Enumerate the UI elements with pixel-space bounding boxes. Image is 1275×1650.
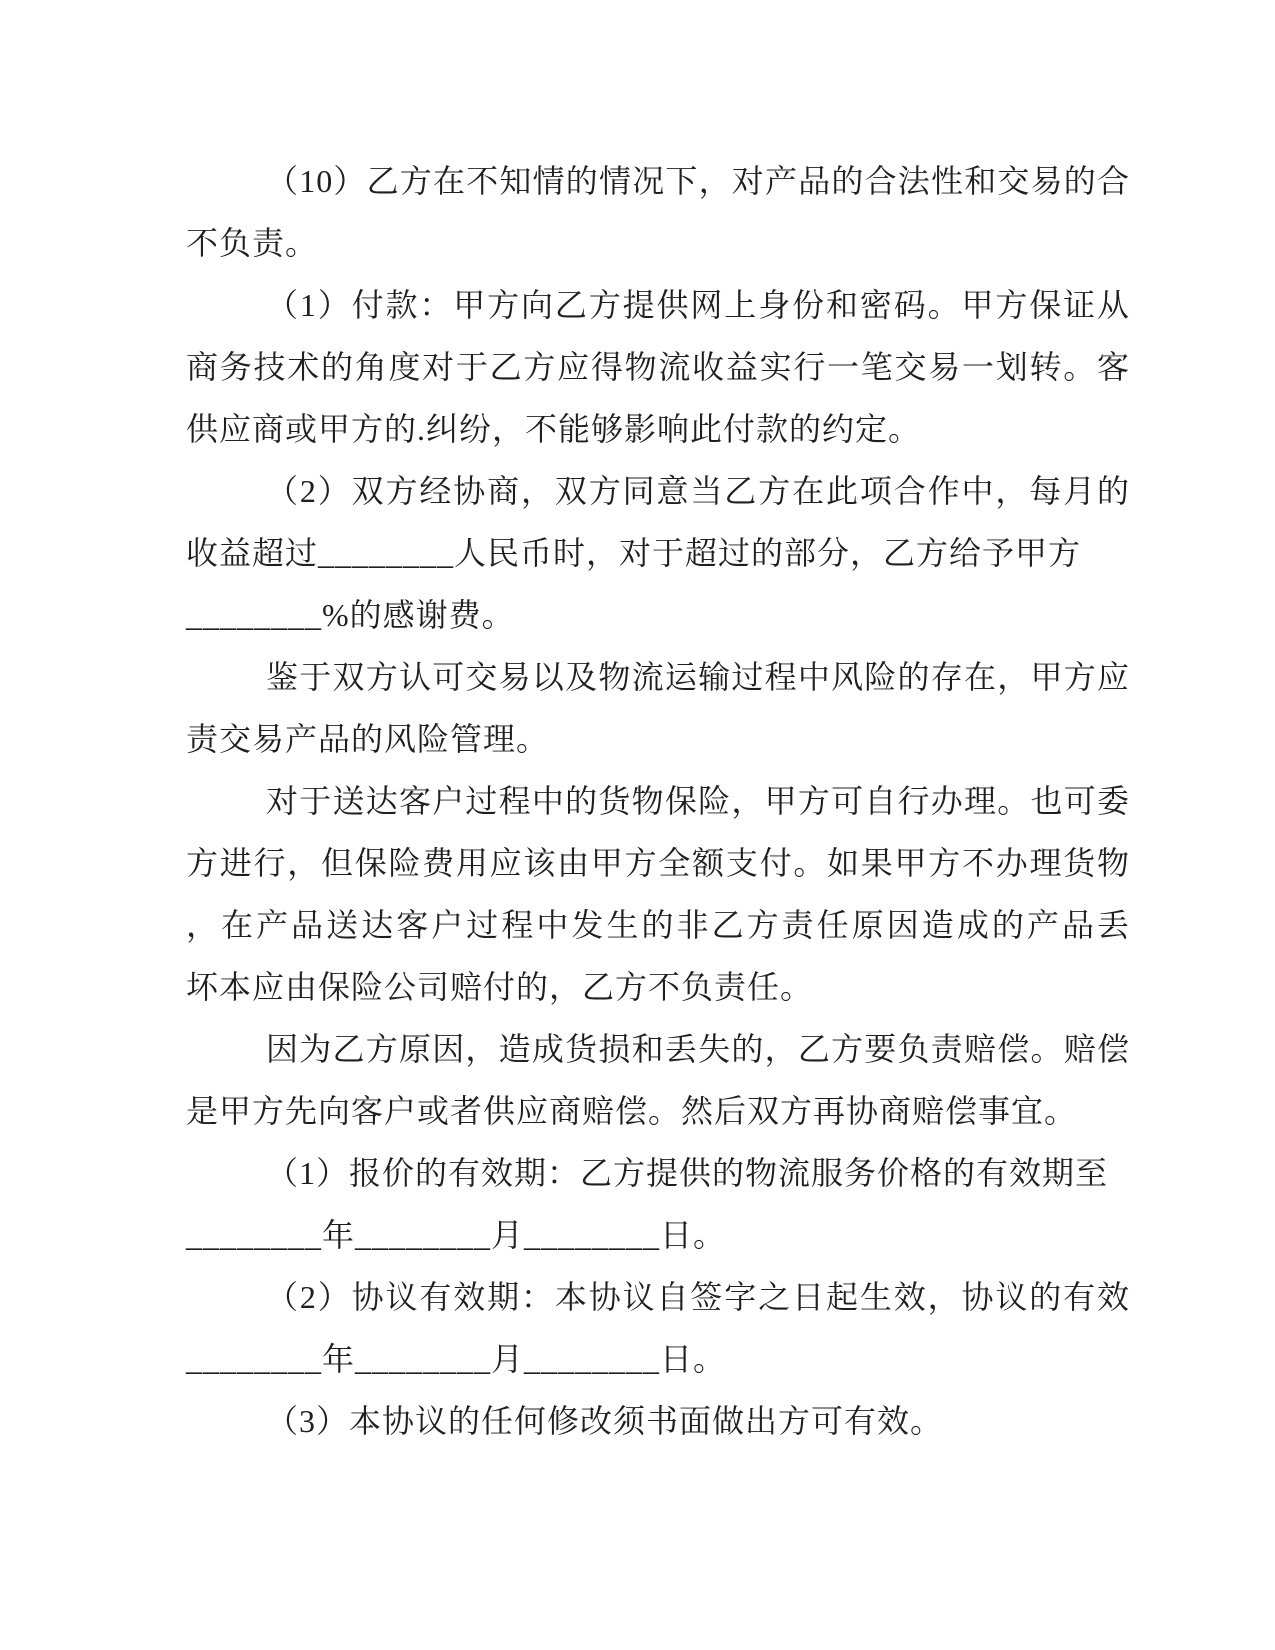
doc-line: 鉴于双方认可交易以及物流运输过程中风险的存在，甲方应该负 (186, 646, 1130, 708)
document-page: （10）乙方在不知情的情况下，对产品的合法性和交易的合法性 不负责。 （1）付款… (0, 0, 1275, 1650)
doc-line-with-blank: ________年________月________日。 (186, 1328, 1130, 1390)
doc-line: （1）报价的有效期：乙方提供的物流服务价格的有效期至 (186, 1142, 1130, 1204)
doc-line: 因为乙方原因，造成货损和丢失的，乙方要负责赔偿。赔偿方式 (186, 1018, 1130, 1080)
doc-line: 商务技术的角度对于乙方应得物流收益实行一笔交易一划转。客户与 (186, 336, 1130, 398)
doc-line-with-blank: ________%的感谢费。 (186, 584, 1130, 646)
doc-line-with-blank: ________年________月________日。 (186, 1204, 1130, 1266)
doc-line: （3）本协议的任何修改须书面做出方可有效。 (186, 1390, 1130, 1452)
doc-line: ，在产品送达客户过程中发生的非乙方责任原因造成的产品丢失、损 (186, 894, 1130, 956)
doc-line: 供应商或甲方的.纠纷，不能够影响此付款的约定。 (186, 398, 1130, 460)
document-body: （10）乙方在不知情的情况下，对产品的合法性和交易的合法性 不负责。 （1）付款… (186, 150, 1130, 1452)
doc-line: 是甲方先向客户或者供应商赔偿。然后双方再协商赔偿事宜。 (186, 1080, 1130, 1142)
doc-line: （1）付款：甲方向乙方提供网上身份和密码。甲方保证从电子 (186, 274, 1130, 336)
doc-line: 不负责。 (186, 212, 1130, 274)
doc-line: （10）乙方在不知情的情况下，对产品的合法性和交易的合法性 (186, 150, 1130, 212)
doc-line: （2）协议有效期：本协议自签字之日起生效，协议的有效期至 (186, 1266, 1130, 1328)
doc-line: 坏本应由保险公司赔付的，乙方不负责任。 (186, 956, 1130, 1018)
doc-line: （2）双方经协商，双方同意当乙方在此项合作中，每月的物流 (186, 460, 1130, 522)
doc-line: 责交易产品的风险管理。 (186, 708, 1130, 770)
doc-line: 对于送达客户过程中的货物保险，甲方可自行办理。也可委托乙 (186, 770, 1130, 832)
doc-line: 方进行，但保险费用应该由甲方全额支付。如果甲方不办理货物保险 (186, 832, 1130, 894)
doc-line-with-blank: 收益超过________人民币时，对于超过的部分，乙方给予甲方 (186, 522, 1130, 584)
